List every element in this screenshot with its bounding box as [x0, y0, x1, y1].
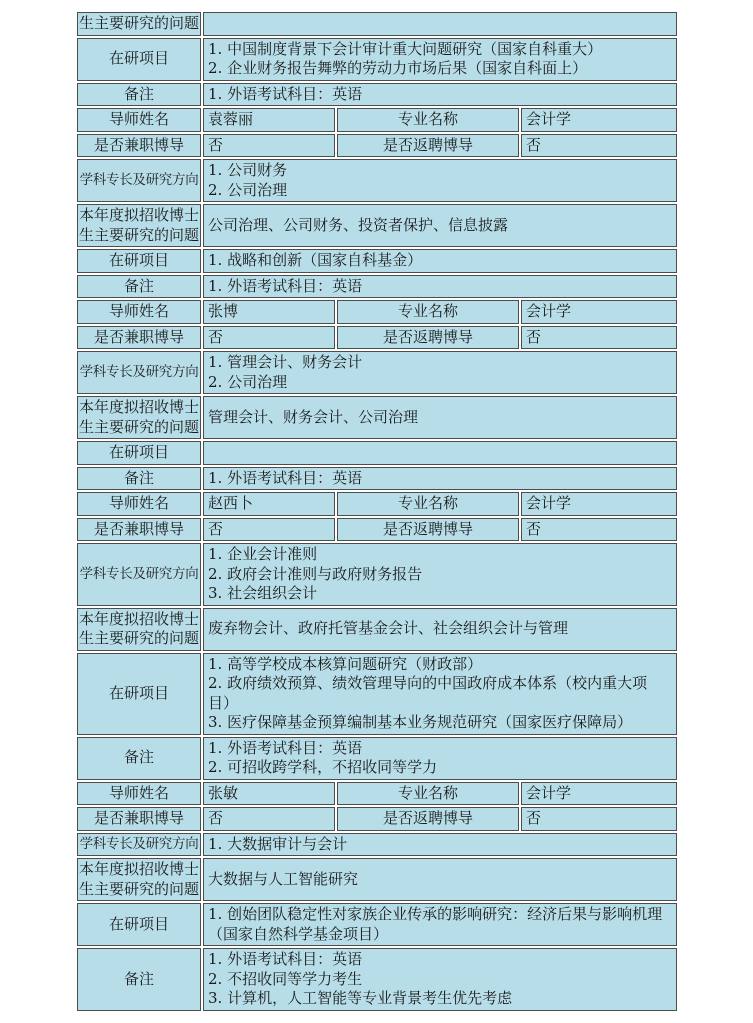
table-row: 是否兼职博导 否 是否返聘博导 否: [77, 807, 677, 831]
ongoing-projects-value: 1. 高等学校成本核算问题研究（财政部） 2. 政府绩效预算、绩效管理导向的中国…: [203, 653, 677, 735]
remarks-label: 备注: [77, 737, 201, 780]
table-row: 在研项目 1. 高等学校成本核算问题研究（财政部） 2. 政府绩效预算、绩效管理…: [77, 653, 677, 735]
parttime-value: 否: [203, 326, 335, 350]
major-name-value: 会计学: [521, 108, 677, 132]
continued-research-value: [203, 12, 677, 36]
table-row: 在研项目: [77, 441, 677, 465]
table-row: 本年度拟招收博士 生主要研究的问题 公司治理、公司财务、投资者保护、信息披露: [77, 204, 677, 247]
expertise-value: 1. 公司财务 2. 公司治理: [203, 159, 677, 202]
table-row: 在研项目 1. 战略和创新（国家自科基金）: [77, 249, 677, 273]
expertise-value: 1. 管理会计、财务会计 2. 公司治理: [203, 351, 677, 394]
remarks-value: 1. 外语考试科目：英语 2. 可招收跨学科，不招收同等学力: [203, 737, 677, 780]
research-topics-value: 大数据与人工智能研究: [203, 858, 677, 901]
table-row: 是否兼职博导 否 是否返聘博导 否: [77, 134, 677, 158]
research-topics-value: 废弃物会计、政府托管基金会计、社会组织会计与管理: [203, 608, 677, 651]
ongoing-projects-label: 在研项目: [77, 249, 201, 273]
expertise-value: 1. 企业会计准则 2. 政府会计准则与政府财务报告 3. 社会组织会计: [203, 543, 677, 606]
major-name-label: 专业名称: [337, 492, 519, 516]
research-topics-label: 本年度拟招收博士 生主要研究的问题: [77, 858, 201, 901]
advisor-name-value: 袁蓉丽: [203, 108, 335, 132]
table-row: 在研项目 1. 中国制度背景下会计审计重大问题研究（国家自科重大） 2. 企业财…: [77, 38, 677, 81]
parttime-label: 是否兼职博导: [77, 518, 201, 542]
remarks-value: 1. 外语考试科目：英语: [203, 83, 677, 107]
advisor-name-label: 导师姓名: [77, 300, 201, 324]
remarks-label: 备注: [77, 948, 201, 1011]
table-row: 学科专长及研究方向 1. 企业会计准则 2. 政府会计准则与政府财务报告 3. …: [77, 543, 677, 606]
rehired-label: 是否返聘博导: [337, 134, 519, 158]
table-row: 备注 1. 外语考试科目：英语: [77, 275, 677, 299]
rehired-label: 是否返聘博导: [337, 518, 519, 542]
research-topics-label: 本年度拟招收博士 生主要研究的问题: [77, 204, 201, 247]
parttime-value: 否: [203, 807, 335, 831]
parttime-value: 否: [203, 518, 335, 542]
rehired-value: 否: [521, 326, 677, 350]
ongoing-projects-label: 在研项目: [77, 653, 201, 735]
expertise-value: 1. 大数据审计与会计: [203, 833, 677, 857]
table-row: 备注 1. 外语考试科目：英语 2. 可招收跨学科，不招收同等学力: [77, 737, 677, 780]
table-row: 是否兼职博导 否 是否返聘博导 否: [77, 518, 677, 542]
research-topics-value: 公司治理、公司财务、投资者保护、信息披露: [203, 204, 677, 247]
continued-research-label: 生主要研究的问题: [77, 12, 201, 36]
ongoing-projects-label: 在研项目: [77, 903, 201, 946]
parttime-label: 是否兼职博导: [77, 807, 201, 831]
parttime-value: 否: [203, 134, 335, 158]
table-row: 本年度拟招收博士 生主要研究的问题 管理会计、财务会计、公司治理: [77, 396, 677, 439]
parttime-label: 是否兼职博导: [77, 326, 201, 350]
table-row: 备注 1. 外语考试科目：英语: [77, 83, 677, 107]
advisor-name-label: 导师姓名: [77, 492, 201, 516]
major-name-label: 专业名称: [337, 782, 519, 806]
major-name-value: 会计学: [521, 492, 677, 516]
major-name-label: 专业名称: [337, 300, 519, 324]
table-row: 是否兼职博导 否 是否返聘博导 否: [77, 326, 677, 350]
table-row: 本年度拟招收博士 生主要研究的问题 废弃物会计、政府托管基金会计、社会组织会计与…: [77, 608, 677, 651]
ongoing-projects-value: [203, 441, 677, 465]
expertise-label: 学科专长及研究方向: [77, 159, 201, 202]
major-name-value: 会计学: [521, 300, 677, 324]
research-topics-label: 本年度拟招收博士 生主要研究的问题: [77, 608, 201, 651]
remarks-label: 备注: [77, 467, 201, 491]
table-row: 导师姓名 赵西卜 专业名称 会计学: [77, 492, 677, 516]
table-row: 导师姓名 袁蓉丽 专业名称 会计学: [77, 108, 677, 132]
table-row: 本年度拟招收博士 生主要研究的问题 大数据与人工智能研究: [77, 858, 677, 901]
expertise-label: 学科专长及研究方向: [77, 543, 201, 606]
advisor-name-value: 张敏: [203, 782, 335, 806]
research-topics-value: 管理会计、财务会计、公司治理: [203, 396, 677, 439]
advisor-table: 生主要研究的问题 在研项目 1. 中国制度背景下会计审计重大问题研究（国家自科重…: [75, 10, 679, 1013]
table-row: 备注 1. 外语考试科目：英语 2. 不招收同等学力考生 3. 计算机，人工智能…: [77, 948, 677, 1011]
advisor-name-value: 张博: [203, 300, 335, 324]
major-name-label: 专业名称: [337, 108, 519, 132]
table-row: 学科专长及研究方向 1. 大数据审计与会计: [77, 833, 677, 857]
parttime-label: 是否兼职博导: [77, 134, 201, 158]
expertise-label: 学科专长及研究方向: [77, 351, 201, 394]
remarks-label: 备注: [77, 275, 201, 299]
advisor-name-value: 赵西卜: [203, 492, 335, 516]
research-topics-label: 本年度拟招收博士 生主要研究的问题: [77, 396, 201, 439]
table-row: 生主要研究的问题: [77, 12, 677, 36]
rehired-value: 否: [521, 807, 677, 831]
rehired-label: 是否返聘博导: [337, 326, 519, 350]
ongoing-projects-label: 在研项目: [77, 38, 201, 81]
table-row: 学科专长及研究方向 1. 公司财务 2. 公司治理: [77, 159, 677, 202]
rehired-value: 否: [521, 518, 677, 542]
rehired-label: 是否返聘博导: [337, 807, 519, 831]
ongoing-projects-value: 1. 战略和创新（国家自科基金）: [203, 249, 677, 273]
remarks-value: 1. 外语考试科目：英语: [203, 275, 677, 299]
table-row: 学科专长及研究方向 1. 管理会计、财务会计 2. 公司治理: [77, 351, 677, 394]
expertise-label: 学科专长及研究方向: [77, 833, 201, 857]
remarks-value: 1. 外语考试科目：英语: [203, 467, 677, 491]
table-row: 导师姓名 张敏 专业名称 会计学: [77, 782, 677, 806]
table-row: 备注 1. 外语考试科目：英语: [77, 467, 677, 491]
table-row: 在研项目 1. 创始团队稳定性对家族企业传承的影响研究：经济后果与影响机理（国家…: [77, 903, 677, 946]
ongoing-projects-value: 1. 中国制度背景下会计审计重大问题研究（国家自科重大） 2. 企业财务报告舞弊…: [203, 38, 677, 81]
remarks-label: 备注: [77, 83, 201, 107]
major-name-value: 会计学: [521, 782, 677, 806]
table-row: 导师姓名 张博 专业名称 会计学: [77, 300, 677, 324]
ongoing-projects-value: 1. 创始团队稳定性对家族企业传承的影响研究：经济后果与影响机理（国家自然科学基…: [203, 903, 677, 946]
remarks-value: 1. 外语考试科目：英语 2. 不招收同等学力考生 3. 计算机，人工智能等专业…: [203, 948, 677, 1011]
ongoing-projects-label: 在研项目: [77, 441, 201, 465]
rehired-value: 否: [521, 134, 677, 158]
document-page: 生主要研究的问题 在研项目 1. 中国制度背景下会计审计重大问题研究（国家自科重…: [0, 0, 753, 1013]
advisor-name-label: 导师姓名: [77, 782, 201, 806]
advisor-name-label: 导师姓名: [77, 108, 201, 132]
